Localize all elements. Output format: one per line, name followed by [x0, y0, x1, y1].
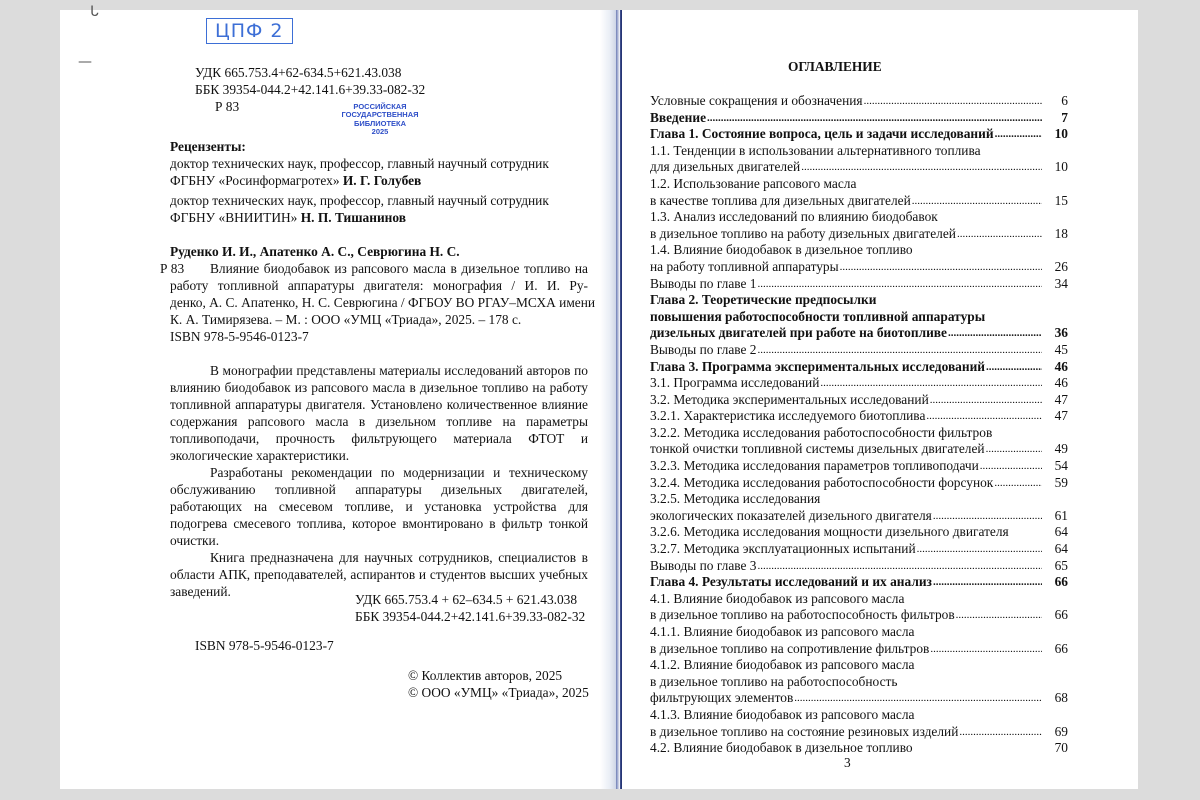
- toc-leader-dots: [948, 325, 1042, 342]
- toc-leader-dots: [986, 359, 1042, 376]
- toc-page-number: 54: [1048, 458, 1068, 475]
- toc-entry-title: Введение: [650, 110, 706, 127]
- toc-page-number: 70: [1048, 740, 1068, 757]
- reviewer-title: доктор технических наук, профессор, глав…: [170, 192, 549, 209]
- table-of-contents: Условные сокращения и обозначения6Введен…: [650, 93, 1068, 757]
- authors: Руденко И. И., Апатенко А. С., Севрюгина…: [170, 243, 460, 260]
- library-stamp: РОССИЙСКАЯ ГОСУДАРСТВЕННАЯ БИБЛИОТЕКА 20…: [330, 103, 430, 137]
- toc-entry-title: 3.1. Программа исследований: [650, 375, 819, 392]
- toc-leader-dots: [959, 724, 1042, 741]
- pencil-mark: —: [78, 54, 92, 70]
- toc-page-number: 15: [1048, 193, 1068, 210]
- copyright: © ООО «УМЦ» «Триада», 2025: [408, 684, 589, 701]
- toc-leader-dots: [917, 541, 1042, 558]
- toc-entry-title: 1.4. Влияние биодобавок в дизельное топл…: [650, 242, 913, 259]
- toc-page-number: 18: [1048, 226, 1068, 243]
- toc-page-number: 10: [1048, 159, 1068, 176]
- toc-entry: 3.1. Программа исследований46: [650, 375, 1068, 392]
- toc-entry-title: Условные сокращения и обозначения: [650, 93, 863, 110]
- reviewer-org: ФГБНУ «Росинформагротех» И. Г. Голубев: [170, 172, 421, 189]
- toc-entry: Глава 1. Состояние вопроса, цель и задач…: [650, 126, 1068, 143]
- toc-page-number: 64: [1048, 541, 1068, 558]
- reviewer-name: И. Г. Голубев: [343, 173, 421, 188]
- toc-leader-dots: [758, 558, 1042, 575]
- toc-leader-dots: [980, 458, 1042, 475]
- toc-entry: 3.2. Методика экспериментальных исследов…: [650, 392, 1068, 409]
- toc-entry: 3.2.7. Методика эксплуатационных испытан…: [650, 541, 1068, 558]
- toc-leader-dots: [840, 259, 1042, 276]
- toc-leader-dots: [794, 690, 1042, 707]
- toc-entry: 1.4. Влияние биодобавок в дизельное топл…: [650, 242, 1068, 275]
- toc-page-number: 66: [1048, 574, 1068, 591]
- toc-entry-title: 1.3. Анализ исследований по влиянию биод…: [650, 209, 938, 226]
- toc-page-number: 61: [1048, 508, 1068, 525]
- toc-entry-title: в дизельное топливо на состояние резинов…: [650, 724, 958, 741]
- toc-page-number: 49: [1048, 441, 1068, 458]
- toc-entry: 4.1.2. Влияние биодобавок из рапсового м…: [650, 657, 1068, 707]
- toc-page-number: 59: [1048, 475, 1068, 492]
- toc-entry: 3.2.3. Методика исследования параметров …: [650, 458, 1068, 475]
- toc-page-number: 46: [1048, 359, 1068, 376]
- toc-entry-title: в дизельное топливо на работоспособность…: [650, 607, 955, 624]
- toc-entry: Введение7: [650, 110, 1068, 127]
- reviewer-title: доктор технических наук, профессор, глав…: [170, 155, 549, 172]
- toc-entry: Выводы по главе 365: [650, 558, 1068, 575]
- toc-entry-title: экологических показателей дизельного дви…: [650, 508, 932, 525]
- toc-leader-dots: [758, 342, 1042, 359]
- toc-entry-title: фильтрующих элементов: [650, 690, 793, 707]
- toc-entry: 4.1.3. Влияние биодобавок из рапсового м…: [650, 707, 1068, 740]
- toc-entry-title: 3.2.5. Методика исследования: [650, 491, 820, 508]
- toc-leader-dots: [933, 508, 1042, 525]
- abstract-paragraph: В монографии представлены материалы иссл…: [170, 362, 588, 464]
- bbk-code: ББК 39354-044.2+42.141.6+39.33-082-32: [195, 81, 425, 98]
- isbn: ISBN 978-5-9546-0123-7: [195, 637, 334, 654]
- toc-leader-dots: [758, 276, 1042, 293]
- book-gutter: [616, 10, 620, 789]
- toc-entry-title: 4.1.3. Влияние биодобавок из рапсового м…: [650, 707, 914, 724]
- reviewers-heading: Рецензенты:: [170, 138, 246, 155]
- book-spread: ᒐ — ЦПФ 2 УДК 665.753.4+62-634.5+621.43.…: [60, 10, 1138, 789]
- toc-entry: 4.1.1. Влияние биодобавок из рапсового м…: [650, 624, 1068, 657]
- toc-leader-dots: [926, 408, 1042, 425]
- pencil-mark: ᒐ: [90, 4, 99, 20]
- toc-entry-title: в дизельное топливо на работу дизельных …: [650, 226, 956, 243]
- toc-page-number: 64: [1048, 524, 1068, 541]
- toc-leader-dots: [995, 126, 1042, 143]
- toc-entry-title: повышения работоспособности топливной ап…: [650, 309, 985, 326]
- toc-page-number: 36: [1048, 325, 1068, 342]
- toc-page-number: 47: [1048, 408, 1068, 425]
- toc-page-number: 34: [1048, 276, 1068, 293]
- bibliographic-entry: Влияние биодобавок из рапсового масла в …: [180, 260, 588, 328]
- toc-page-number: 26: [1048, 259, 1068, 276]
- toc-page-number: 65: [1048, 558, 1068, 575]
- toc-entry: Глава 2. Теоретические предпосылкиповыше…: [650, 292, 1068, 342]
- toc-entry-title: 3.2.6. Методика исследования мощности ди…: [650, 524, 1009, 541]
- toc-leader-dots: [707, 110, 1042, 127]
- toc-entry: 4.2. Влияние биодобавок в дизельное топл…: [650, 740, 1068, 757]
- toc-page-number: 6: [1048, 93, 1068, 110]
- toc-entry-title: на работу топливной аппаратуры: [650, 259, 839, 276]
- toc-page-number: 7: [1048, 110, 1068, 127]
- toc-entry: 3.2.1. Характеристика исследуемого биото…: [650, 408, 1068, 425]
- toc-entry-title: Глава 2. Теоретические предпосылки: [650, 292, 876, 309]
- toc-entry: 4.1. Влияние биодобавок из рапсового мас…: [650, 591, 1068, 624]
- toc-leader-dots: [957, 226, 1042, 243]
- toc-entry-title: 1.2. Использование рапсового масла: [650, 176, 856, 193]
- toc-entry-title: 1.1. Тенденции в использовании альтернат…: [650, 143, 981, 160]
- toc-entry-title: тонкой очистки топливной системы дизельн…: [650, 441, 985, 458]
- toc-page-number: 45: [1048, 342, 1068, 359]
- abstract-paragraph: Разработаны рекомендации по модернизации…: [170, 464, 588, 549]
- toc-entry-title: для дизельных двигателей: [650, 159, 800, 176]
- toc-entry-title: в дизельное топливо на сопротивление фил…: [650, 641, 929, 658]
- toc-entry: 1.3. Анализ исследований по влиянию биод…: [650, 209, 1068, 242]
- udk-code: УДК 665.753.4 + 62–634.5 + 621.43.038: [355, 591, 577, 608]
- toc-entry-title: Выводы по главе 3: [650, 558, 757, 575]
- toc-entry: 1.2. Использование рапсового маслав каче…: [650, 176, 1068, 209]
- bbk-code: ББК 39354-044.2+42.141.6+39.33-082-32: [355, 608, 585, 625]
- toc-leader-dots: [864, 93, 1042, 110]
- toc-leader-dots: [986, 441, 1042, 458]
- toc-page-number: 66: [1048, 607, 1068, 624]
- toc-entry-title: в качестве топлива для дизельных двигате…: [650, 193, 911, 210]
- page-number: 3: [844, 755, 851, 771]
- toc-entry-title: 3.2.3. Методика исследования параметров …: [650, 458, 979, 475]
- toc-entry-title: Глава 1. Состояние вопроса, цель и задач…: [650, 126, 994, 143]
- toc-entry-title: Глава 4. Результаты исследований и их ан…: [650, 574, 932, 591]
- toc-entry-title: Выводы по главе 1: [650, 276, 757, 293]
- toc-leader-dots: [994, 475, 1042, 492]
- toc-entry: 3.2.2. Методика исследования работоспосо…: [650, 425, 1068, 458]
- toc-page-number: 66: [1048, 641, 1068, 658]
- toc-page-number: 47: [1048, 392, 1068, 409]
- toc-entry-title: 4.1.2. Влияние биодобавок из рапсового м…: [650, 657, 914, 674]
- toc-entry-title: 4.2. Влияние биодобавок в дизельное топл…: [650, 740, 913, 757]
- toc-page-number: 46: [1048, 375, 1068, 392]
- toc-leader-dots: [801, 159, 1042, 176]
- toc-leader-dots: [956, 607, 1042, 624]
- toc-entry-title: в дизельное топливо на работоспособность: [650, 674, 897, 691]
- toc-leader-dots: [912, 193, 1042, 210]
- shelf-code: Р 83: [215, 98, 239, 115]
- copyright: © Коллектив авторов, 2025: [408, 667, 562, 684]
- toc-entry-title: 3.2.2. Методика исследования работоспосо…: [650, 425, 992, 442]
- abstract: В монографии представлены материалы иссл…: [170, 362, 588, 600]
- toc-entry-title: Выводы по главе 2: [650, 342, 757, 359]
- toc-entry-title: дизельных двигателей при работе на биото…: [650, 325, 947, 342]
- toc-entry: Выводы по главе 134: [650, 276, 1068, 293]
- toc-title: ОГЛАВЛЕНИЕ: [788, 59, 882, 75]
- toc-entry-title: 4.1. Влияние биодобавок из рапсового мас…: [650, 591, 904, 608]
- toc-page-number: 10: [1048, 126, 1068, 143]
- toc-leader-dots: [820, 375, 1042, 392]
- toc-entry: 1.1. Тенденции в использовании альтернат…: [650, 143, 1068, 176]
- isbn: ISBN 978-5-9546-0123-7: [170, 328, 309, 345]
- toc-entry: Условные сокращения и обозначения6: [650, 93, 1068, 110]
- toc-entry-title: 3.2.7. Методика эксплуатационных испытан…: [650, 541, 916, 558]
- toc-page-number: 69: [1048, 724, 1068, 741]
- toc-entry-title: 3.2.1. Характеристика исследуемого биото…: [650, 408, 925, 425]
- toc-entry: 3.2.5. Методика исследованияэкологически…: [650, 491, 1068, 524]
- toc-page-number: 68: [1048, 690, 1068, 707]
- toc-entry: 3.2.4. Методика исследования работоспосо…: [650, 475, 1068, 492]
- toc-entry-title: 4.1.1. Влияние биодобавок из рапсового м…: [650, 624, 914, 641]
- toc-leader-dots: [933, 574, 1042, 591]
- reviewer-name: Н. П. Тишанинов: [301, 210, 406, 225]
- toc-entry-title: 3.2. Методика экспериментальных исследов…: [650, 392, 929, 409]
- toc-entry: Глава 3. Программа экспериментальных исс…: [650, 359, 1068, 376]
- toc-entry-title: Глава 3. Программа экспериментальных исс…: [650, 359, 985, 376]
- toc-leader-dots: [930, 392, 1042, 409]
- toc-leader-dots: [930, 641, 1042, 658]
- cpf-stamp: ЦПФ 2: [206, 18, 293, 44]
- toc-entry: 3.2.6. Методика исследования мощности ди…: [650, 524, 1068, 541]
- toc-entry-title: 3.2.4. Методика исследования работоспосо…: [650, 475, 993, 492]
- udk-code: УДК 665.753.4+62-634.5+621.43.038: [195, 64, 401, 81]
- toc-entry: Глава 4. Результаты исследований и их ан…: [650, 574, 1068, 591]
- reviewer-org: ФГБНУ «ВНИИТИН» Н. П. Тишанинов: [170, 209, 406, 226]
- toc-entry: Выводы по главе 245: [650, 342, 1068, 359]
